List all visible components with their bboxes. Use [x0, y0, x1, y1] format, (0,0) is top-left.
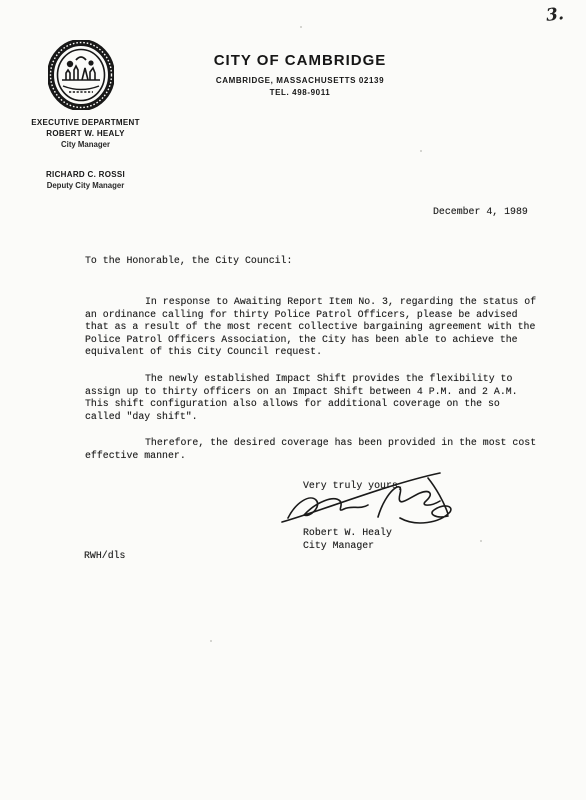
- body-line: In response to Awaiting Report Item No. …: [85, 296, 555, 309]
- body-line: effective manner.: [85, 450, 555, 463]
- letterhead-deputy-name: RICHARD C. ROSSI: [18, 169, 153, 180]
- reference-initials: RWH/dls: [84, 550, 125, 563]
- body-line: called "day shift".: [85, 411, 555, 424]
- signature-script: [278, 470, 473, 532]
- scanned-letter-page: 3. EXECUTIVE DEPARTMENT ROBERT W. HEALY …: [0, 0, 586, 800]
- body-line: that as a result of the most recent coll…: [85, 321, 555, 334]
- paragraph: In response to Awaiting Report Item No. …: [85, 296, 555, 359]
- letterhead-address: CAMBRIDGE, MASSACHUSETTS 02139: [150, 76, 450, 86]
- body-line: This shift configuration also allows for…: [85, 398, 555, 411]
- letterhead-deputy-title: Deputy City Manager: [18, 180, 153, 191]
- city-seal-icon: [48, 40, 114, 110]
- signature-title: City Manager: [303, 540, 374, 553]
- letterhead-manager-name: ROBERT W. HEALY: [18, 128, 153, 139]
- body-line: The newly established Impact Shift provi…: [85, 373, 555, 386]
- letter-salutation: To the Honorable, the City Council:: [85, 255, 292, 268]
- body-line: equivalent of this City Council request.: [85, 346, 555, 359]
- letterhead-department: EXECUTIVE DEPARTMENT: [18, 117, 153, 128]
- letter-body: In response to Awaiting Report Item No. …: [85, 296, 555, 477]
- scan-speck: [420, 150, 422, 152]
- body-line: assign up to thirty officers on an Impac…: [85, 386, 555, 399]
- letterhead-title: CITY OF CAMBRIDGE: [150, 52, 450, 70]
- letterhead-manager-title: City Manager: [18, 139, 153, 150]
- body-line: Therefore, the desired coverage has been…: [85, 437, 555, 450]
- handwritten-page-number: 3.: [545, 4, 565, 26]
- letterhead-phone: TEL. 498-9011: [150, 88, 450, 98]
- scan-speck: [300, 26, 302, 28]
- letterhead-center-block: CITY OF CAMBRIDGE CAMBRIDGE, MASSACHUSET…: [150, 52, 450, 98]
- paragraph: The newly established Impact Shift provi…: [85, 373, 555, 423]
- body-line: an ordinance calling for thirty Police P…: [85, 309, 555, 322]
- letterhead-spacer: [18, 150, 153, 169]
- paragraph: Therefore, the desired coverage has been…: [85, 437, 555, 462]
- body-line: Police Patrol Officers Association, the …: [85, 334, 555, 347]
- scan-speck: [480, 540, 482, 542]
- scan-speck: [210, 640, 212, 642]
- letter-date: December 4, 1989: [433, 206, 528, 219]
- letterhead-left-block: EXECUTIVE DEPARTMENT ROBERT W. HEALY Cit…: [18, 117, 153, 191]
